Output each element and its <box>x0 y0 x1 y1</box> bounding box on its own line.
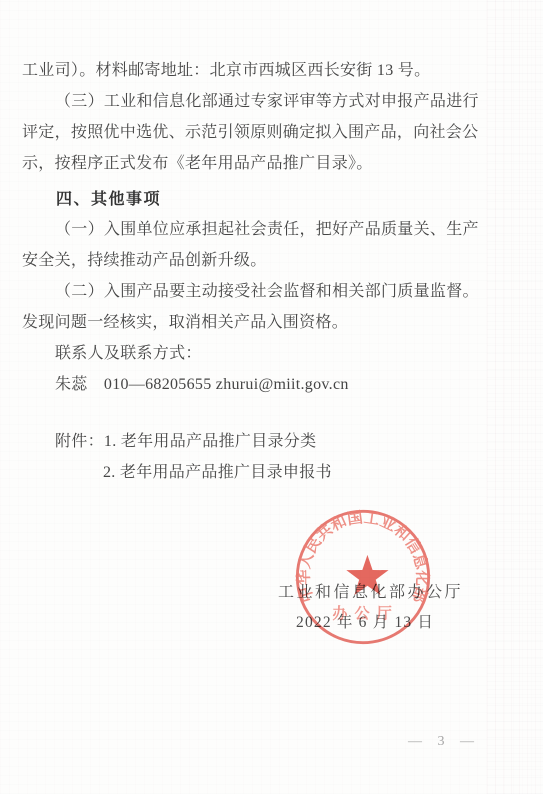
body-line: 安全关，持续推动产品创新升级。 <box>22 245 523 276</box>
attachment-line: 附件：1. 老年用品产品推广目录分类 <box>22 426 523 457</box>
contact-info-line: 朱蕊 010—68205655 zhurui@miit.gov.cn <box>22 369 523 400</box>
attachment-line: 2. 老年用品产品推广目录申报书 <box>22 457 523 488</box>
section-heading: 四、其他事项 <box>22 183 523 214</box>
body-line: （一）入围单位应承担起社会责任，把好产品质量关、生产 <box>22 214 523 245</box>
attachments-list: 附件：1. 老年用品产品推广目录分类 2. 老年用品产品推广目录申报书 <box>22 426 523 488</box>
signature-organization: 工业和信息化部办公厅 <box>278 584 463 601</box>
document-page: 工业司）。材料邮寄地址：北京市西城区西长安街 13 号。 （三）工业和信息化部通… <box>0 0 543 794</box>
body-line: 工业司）。材料邮寄地址：北京市西城区西长安街 13 号。 <box>22 55 523 86</box>
document-body: 工业司）。材料邮寄地址：北京市西城区西长安街 13 号。 （三）工业和信息化部通… <box>22 55 523 488</box>
body-line: （二）入围产品要主动接受社会监督和相关部门质量监督。 <box>22 276 523 307</box>
body-line: 示，按程序正式发布《老年用品产品推广目录》。 <box>22 148 523 179</box>
page-number: — 3 — <box>408 734 480 750</box>
body-line: 评定，按照优中选优、示范引领原则确定拟入围产品，向社会公 <box>22 117 523 148</box>
signature-date: 2022 年 6 月 13 日 <box>296 614 434 631</box>
contact-label-line: 联系人及联系方式： <box>22 338 523 369</box>
body-line: 发现问题一经核实，取消相关产品入围资格。 <box>22 307 523 338</box>
body-line: （三）工业和信息化部通过专家评审等方式对申报产品进行 <box>22 86 523 117</box>
